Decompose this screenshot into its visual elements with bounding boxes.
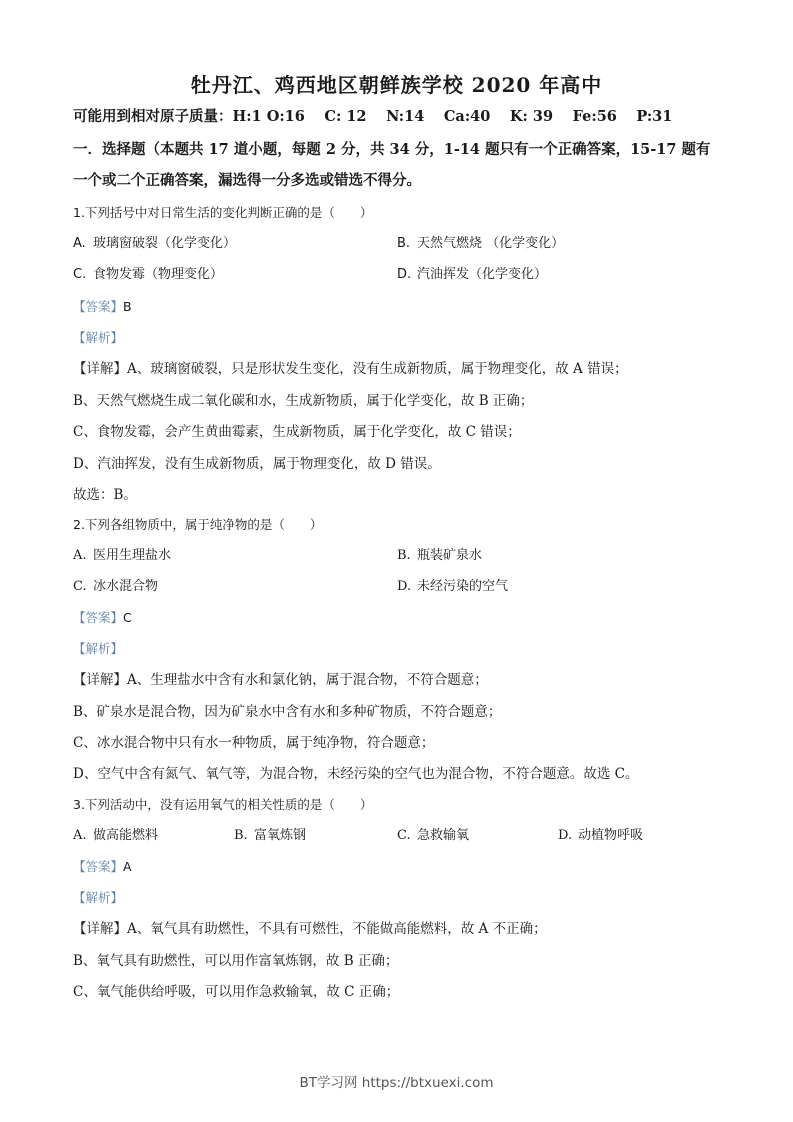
option-letter: B. xyxy=(397,547,417,565)
question-2-analysis: 【解析】 xyxy=(73,640,123,658)
question-2-detail-2: B、矿泉水是混合物，因为矿泉水中含有水和多种矿物质，不符合题意； xyxy=(73,703,501,721)
question-2-detail-3: C、冰水混合物中只有水一种物质，属于纯净物，符合题意； xyxy=(73,734,434,752)
analysis-tag: 【解析】 xyxy=(73,890,123,905)
option-letter: A. xyxy=(73,547,93,565)
detail-text: A、生理盐水中含有水和氯化钠，属于混合物，不符合题意； xyxy=(127,672,488,688)
option-letter: A. xyxy=(73,827,93,845)
option-letter: D. xyxy=(397,578,417,596)
question-2-option-a: A.医用生理盐水 xyxy=(73,547,171,565)
question-3-option-b: B.富氧炼钢 xyxy=(234,827,306,845)
option-letter: C. xyxy=(73,266,93,284)
analysis-tag: 【解析】 xyxy=(73,641,123,656)
answer-value: A xyxy=(123,859,132,874)
option-text: 冰水混合物 xyxy=(93,579,158,594)
question-3-stem: 3.下列活动中，没有运用氧气的相关性质的是（ ） xyxy=(73,796,372,814)
detail-tag: 【详解】 xyxy=(73,672,127,688)
watermark-footer: BT学习网 https://btxuexi.com xyxy=(0,1071,793,1091)
option-text: 食物发霉（物理变化） xyxy=(93,267,223,282)
option-text: 汽油挥发（化学变化） xyxy=(417,267,547,282)
option-letter: A. xyxy=(73,235,93,253)
question-3-option-c: C.急救输氧 xyxy=(397,827,469,845)
question-3-answer: 【答案】A xyxy=(73,858,132,876)
option-text: 未经污染的空气 xyxy=(417,579,508,594)
option-letter: D. xyxy=(397,266,417,284)
option-text: 做高能燃料 xyxy=(93,828,158,843)
answer-value: B xyxy=(123,299,132,314)
option-text: 医用生理盐水 xyxy=(93,548,171,563)
question-1-analysis: 【解析】 xyxy=(73,329,123,347)
detail-text: A、玻璃窗破裂，只是形状发生变化，没有生成新物质，属于物理变化，故 A 错误； xyxy=(127,361,628,377)
option-letter: B. xyxy=(397,235,417,253)
detail-tag: 【详解】 xyxy=(73,921,127,937)
answer-tag: 【答案】 xyxy=(73,610,123,625)
question-1-option-d: D.汽油挥发（化学变化） xyxy=(397,266,547,284)
section-heading-line-1: 一．选择题（本题共 17 道小题，每题 2 分，共 34 分，1-14 题只有一… xyxy=(73,141,711,159)
question-1-option-a: A.玻璃窗破裂（化学变化） xyxy=(73,235,236,253)
question-2-answer: 【答案】C xyxy=(73,609,132,627)
option-text: 瓶装矿泉水 xyxy=(417,548,482,563)
question-1-stem: 1.下列括号中对日常生活的变化判断正确的是（ ） xyxy=(73,204,372,222)
question-2-stem: 2.下列各组物质中，属于纯净物的是（ ） xyxy=(73,516,322,534)
option-letter: C. xyxy=(73,578,93,596)
question-3-detail-3: C、氧气能供给呼吸，可以用作急救输氧，故 C 正确； xyxy=(73,983,399,1001)
question-2-option-c: C.冰水混合物 xyxy=(73,578,158,596)
detail-tag: 【详解】 xyxy=(73,361,127,377)
option-letter: C. xyxy=(397,827,417,845)
answer-tag: 【答案】 xyxy=(73,859,123,874)
option-text: 玻璃窗破裂（化学变化） xyxy=(93,236,236,251)
answer-value: C xyxy=(123,610,132,625)
option-text: 急救输氧 xyxy=(417,828,469,843)
option-text: 富氧炼钢 xyxy=(254,828,306,843)
document-page: 牡丹江、鸡西地区朝鲜族学校 2020 年高中 可能用到相对原子质量：H:1 O:… xyxy=(0,0,793,1122)
question-1-option-b: B.天然气燃烧 （化学变化） xyxy=(397,235,564,253)
question-1-detail-2: B、天然气燃烧生成二氧化碳和水，生成新物质，属于化学变化，故 B 正确； xyxy=(73,392,533,410)
atomic-masses-line: 可能用到相对原子质量：H:1 O:16 C: 12 N:14 Ca:40 K: … xyxy=(73,108,672,126)
question-1-option-c: C.食物发霉（物理变化） xyxy=(73,266,223,284)
question-3-detail-1: 【详解】A、氧气具有助燃性，不具有可燃性，不能做高能燃料，故 A 不正确； xyxy=(73,920,547,938)
analysis-tag: 【解析】 xyxy=(73,330,123,345)
question-1-conclusion: 故选：B。 xyxy=(73,486,137,504)
question-3-analysis: 【解析】 xyxy=(73,889,123,907)
question-1-detail-1: 【详解】A、玻璃窗破裂，只是形状发生变化，没有生成新物质，属于物理变化，故 A … xyxy=(73,360,628,378)
answer-tag: 【答案】 xyxy=(73,299,123,314)
question-2-detail-1: 【详解】A、生理盐水中含有水和氯化钠，属于混合物，不符合题意； xyxy=(73,671,488,689)
question-2-option-b: B.瓶装矿泉水 xyxy=(397,547,482,565)
question-2-option-d: D.未经污染的空气 xyxy=(397,578,508,596)
question-1-detail-4: D、汽油挥发，没有生成新物质，属于物理变化，故 D 错误。 xyxy=(73,455,441,473)
option-letter: D. xyxy=(558,827,578,845)
question-1-answer: 【答案】B xyxy=(73,298,132,316)
section-heading-line-2: 一个或二个正确答案，漏选得一分多选或错选不得分。 xyxy=(73,172,421,190)
question-3-option-d: D.动植物呼吸 xyxy=(558,827,643,845)
question-3-detail-2: B、氧气具有助燃性，可以用作富氧炼钢，故 B 正确； xyxy=(73,952,398,970)
option-letter: B. xyxy=(234,827,254,845)
option-text: 动植物呼吸 xyxy=(578,828,643,843)
detail-text: A、氧气具有助燃性，不具有可燃性，不能做高能燃料，故 A 不正确； xyxy=(127,921,547,937)
question-2-detail-4: D、空气中含有氮气、氧气等，为混合物，未经污染的空气也为混合物，不符合题意。故选… xyxy=(73,765,638,783)
question-1-detail-3: C、食物发霉，会产生黄曲霉素，生成新物质，属于化学变化，故 C 错误； xyxy=(73,423,521,441)
option-text: 天然气燃烧 （化学变化） xyxy=(417,236,564,251)
document-title: 牡丹江、鸡西地区朝鲜族学校 2020 年高中 xyxy=(0,69,793,98)
question-3-option-a: A.做高能燃料 xyxy=(73,827,158,845)
